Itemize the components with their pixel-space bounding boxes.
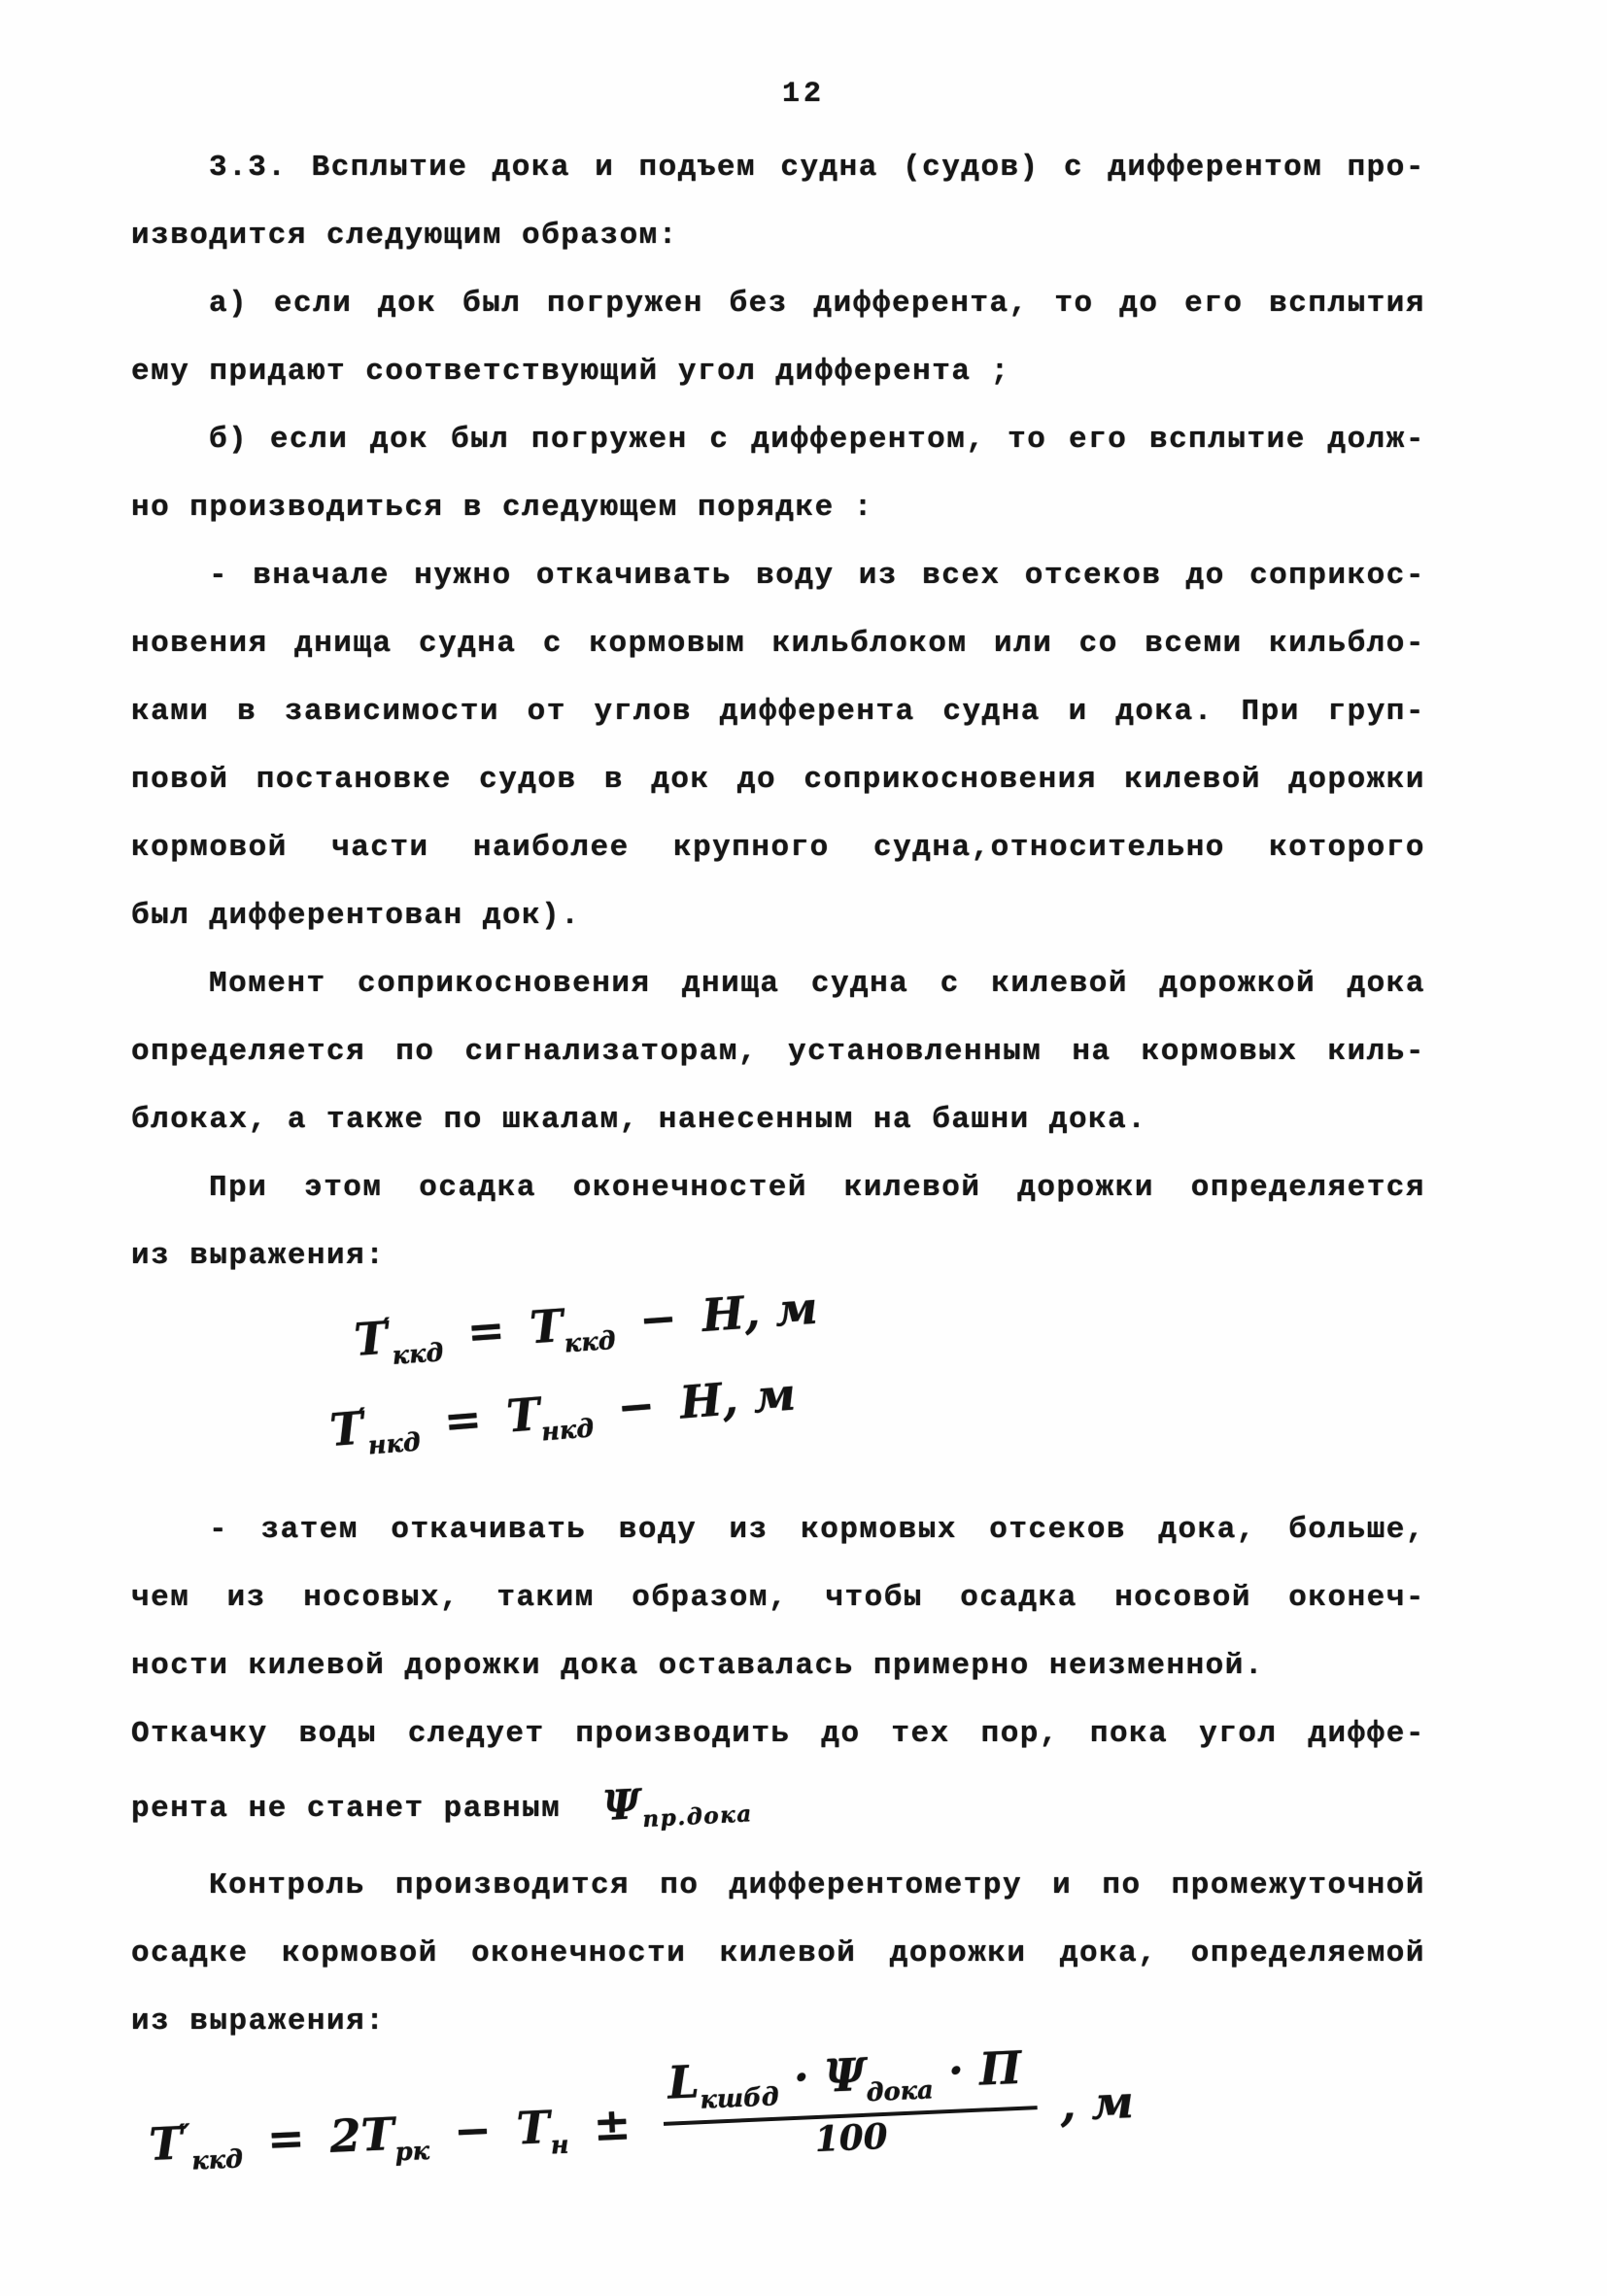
- formula-unit: , м: [1059, 2075, 1135, 2131]
- formula-subscript: н: [550, 2131, 569, 2161]
- text-line: изводится следующим образом:: [131, 202, 1425, 270]
- text-line: Контроль производится по дифферентометру…: [131, 1852, 1425, 1920]
- formula-term: 2T: [328, 2108, 395, 2163]
- text-line: новения днища судна с кормовым кильблоко…: [131, 610, 1425, 678]
- fraction: Lкшбд · Ψдока · П 100: [661, 2042, 1039, 2166]
- formula-term: 2Tрк: [328, 2107, 429, 2163]
- document-page: 12 3.3. Всплытие дока и подъем судна (су…: [0, 0, 1607, 2296]
- formula-term: T″ккд: [148, 2114, 243, 2171]
- trim-angle-symbol: Ψпр.дока: [601, 1765, 755, 1856]
- formula-double-prime: ″: [177, 2117, 190, 2151]
- formula-term: Н, м: [678, 1367, 798, 1428]
- text-line: определяется по сигнализаторам, установл…: [131, 1018, 1425, 1086]
- formula-subscript: ккд: [191, 2145, 244, 2176]
- formula-prime: ′: [382, 1312, 392, 1345]
- multiplication-dot: ·: [793, 2050, 810, 2104]
- formula-term: T′ккд: [353, 1308, 444, 1366]
- equals-sign: =: [456, 1303, 516, 1359]
- formula-term: Tн: [515, 2100, 568, 2154]
- text-line: из выражения:: [131, 1222, 1425, 1290]
- formula-term: T: [528, 1299, 564, 1354]
- formula-subscript: пр.дока: [642, 1800, 754, 1833]
- body-section-3: Контроль производится по дифферентометру…: [131, 1852, 1425, 2056]
- text-line: - вначале нужно откачивать воду из всех …: [131, 542, 1425, 610]
- body-section-1: 3.3. Всплытие дока и подъем судна (судов…: [131, 134, 1425, 1290]
- formula-subscript: рк: [394, 2137, 430, 2168]
- text-line: ками в зависимости от углов дифферента с…: [131, 678, 1425, 746]
- formula-prime: ′: [358, 1401, 367, 1434]
- formula-subscript: кшбд: [700, 2082, 779, 2115]
- minus-sign: −: [605, 1378, 667, 1434]
- minus-sign: −: [628, 1290, 688, 1347]
- formula-bow-keel-draft: T′нкд = Tнкд − Н, м: [328, 1369, 799, 1462]
- formula-intermediate-stern-draft: T″ккд = 2Tрк − Tн ± Lкшбд · Ψдока · П 10…: [147, 2039, 1136, 2188]
- text-line: но производиться в следующем порядке :: [131, 474, 1425, 542]
- plus-minus-sign: ±: [582, 2097, 641, 2152]
- text-line: блоках, а также по шкалам, нанесенным на…: [131, 1086, 1425, 1154]
- text-line: Откачку воды следует производить до тех …: [131, 1700, 1425, 1768]
- formula-subscript: дока: [866, 2075, 934, 2108]
- psi-symbol: Ψ: [602, 1780, 643, 1830]
- formula-stern-keel-draft: T′ккд = Tккд − Н, м: [353, 1284, 820, 1373]
- text-line: чем из носовых, таким образом, чтобы оса…: [131, 1564, 1425, 1632]
- formula-block-2: T″ккд = 2Tрк − Tн ± Lкшбд · Ψдока · П 10…: [131, 2081, 1425, 2188]
- formula-term: Tккд: [528, 1295, 616, 1354]
- formula-term: L: [667, 2055, 701, 2108]
- text-line: рента не станет равным: [131, 1792, 561, 1826]
- text-line: а) если док был погружен без дифферента,…: [131, 270, 1425, 338]
- equals-sign: =: [256, 2111, 316, 2167]
- formula-term: Tнкд: [504, 1384, 594, 1443]
- text-line: из выражения:: [131, 1988, 1425, 2056]
- text-line: Момент соприкосновения днища судна с кил…: [131, 950, 1425, 1018]
- text-line: повой постановке судов в док до соприкос…: [131, 746, 1425, 814]
- text-line: - затем откачивать воду из кормовых отсе…: [131, 1496, 1425, 1564]
- page-content: 3.3. Всплытие дока и подъем судна (судов…: [131, 134, 1425, 2188]
- formula-term: Н, м: [701, 1282, 820, 1342]
- text-line: б) если док был погружен с дифферентом, …: [131, 406, 1425, 474]
- text-line: был дифферентован док).: [131, 882, 1425, 950]
- formula-subscript: ккд: [564, 1326, 617, 1359]
- body-section-2: - затем откачивать воду из кормовых отсе…: [131, 1496, 1425, 1768]
- formula-subscript: нкд: [540, 1414, 595, 1447]
- text-line: ему придают соответствующий угол диффере…: [131, 338, 1425, 406]
- text-line: 3.3. Всплытие дока и подъем судна (судов…: [131, 134, 1425, 202]
- text-line: кормовой части наиболее крупного судна,о…: [131, 814, 1425, 882]
- formula-term: П: [978, 2041, 1023, 2096]
- equals-sign: =: [432, 1391, 494, 1448]
- psi-symbol: Ψ: [824, 2048, 867, 2103]
- text-line: ности килевой дорожки дока оставалась пр…: [131, 1632, 1425, 1700]
- multiplication-dot: ·: [947, 2043, 965, 2097]
- formula-block-1: T′ккд = Tккд − Н, м T′нкд = Tнкд − Н, м: [131, 1316, 1425, 1463]
- text-line: При этом осадка оконечностей килевой дор…: [131, 1154, 1425, 1222]
- formula-subscript: нкд: [367, 1427, 422, 1460]
- text-line: осадке кормовой оконечности килевой доро…: [131, 1920, 1425, 1988]
- formula-term: T: [504, 1388, 541, 1443]
- text-line-with-symbol: рента не станет равным Ψпр.дока: [131, 1768, 1425, 1852]
- formula-term: T: [515, 2101, 551, 2154]
- formula-term: T′нкд: [328, 1397, 422, 1456]
- minus-sign: −: [443, 2103, 502, 2158]
- page-number: 12: [0, 0, 1607, 111]
- formula-subscript: ккд: [392, 1338, 445, 1371]
